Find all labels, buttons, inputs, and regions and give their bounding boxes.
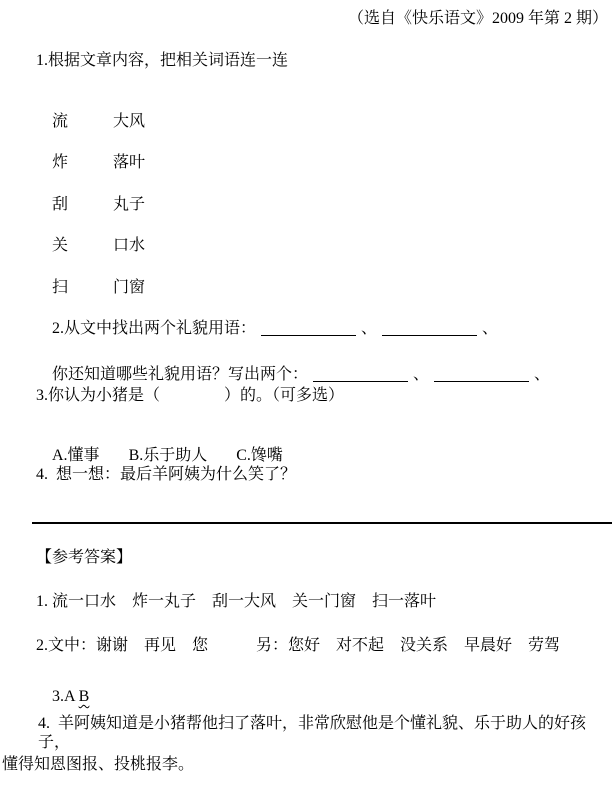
section-divider: [32, 522, 612, 524]
q3-text: 3.你认为小猪是（ ）的。（可多选）: [36, 386, 344, 405]
source-note: （选自《快乐语文》2009 年第 2 期）: [348, 9, 608, 28]
match-right-word: 门窗: [113, 279, 145, 296]
answer-blank: [434, 367, 529, 382]
answer-blank: [313, 367, 408, 382]
q1-title: 1.根据文章内容，把相关词语连一连: [36, 51, 288, 70]
answer-blank: [261, 321, 356, 336]
q3-option: B.乐于助人: [129, 447, 208, 464]
worksheet-page: （选自《快乐语文》2009 年第 2 期） 1.根据文章内容，把相关词语连一连 …: [0, 0, 615, 797]
q2-line1-prefix: 2.从文中找出两个礼貌用语：: [52, 320, 256, 337]
enum-comma: 、: [361, 320, 377, 337]
enum-comma: 、: [482, 320, 498, 337]
answer-blank: [382, 321, 477, 336]
match-left-word: 炸: [52, 153, 113, 172]
answer-4-line2: 懂得知恩图报、投桃报李。: [2, 755, 194, 774]
match-left-word: 扫: [52, 278, 113, 297]
answer-2: 2.文中：谢谢 再见 您 另：您好 对不起 没关系 早晨好 劳驾: [36, 636, 560, 655]
match-left-word: 关: [52, 236, 113, 255]
answer-3-choice-b: B: [79, 688, 90, 705]
match-right-word: 落叶: [113, 154, 145, 171]
enum-comma: 、: [413, 366, 429, 383]
match-right-word: 大风: [113, 113, 145, 130]
match-right-word: 丸子: [113, 196, 145, 213]
match-left-word: 流: [52, 112, 113, 131]
q3-option: A.懂事: [52, 447, 100, 464]
answer-1: 1. 流一口水 炸一丸子 刮一大风 关一门窗 扫一落叶: [36, 592, 436, 611]
match-right-word: 口水: [113, 237, 145, 254]
q3-option: C.馋嘴: [236, 447, 283, 464]
match-left-word: 刮: [52, 195, 113, 214]
enum-comma: 、: [534, 366, 550, 383]
answers-header: 【参考答案】: [36, 548, 132, 567]
q2-line2-prefix: 你还知道哪些礼貌用语？写出两个：: [52, 366, 308, 383]
answer-4-line1: 4. 羊阿姨知道是小猪帮他扫了落叶，非常欣慰他是个懂礼貌、乐于助人的好孩子，: [38, 714, 615, 752]
answer-3-prefix: 3.A: [52, 688, 79, 705]
q4-text: 4. 想一想：最后羊阿姨为什么笑了？: [36, 465, 296, 484]
